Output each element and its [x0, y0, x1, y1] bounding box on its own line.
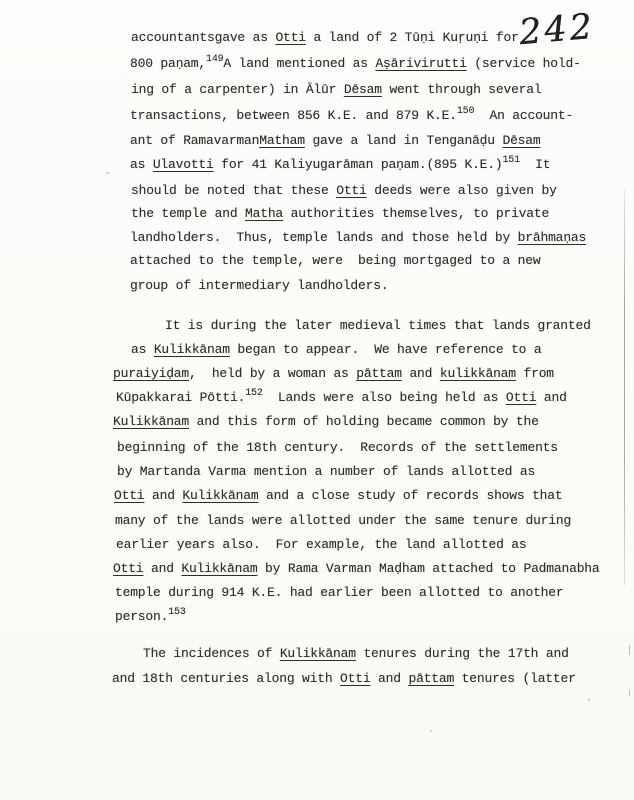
- underlined-term: Dēsam: [502, 133, 540, 148]
- scan-edge-mark: [629, 690, 630, 696]
- text-segment: and this form of holding became common b…: [189, 414, 539, 429]
- text-segment: A land mentioned as: [223, 56, 375, 71]
- text-segment: a land of 2 Tūṇi Kuṛuṇi for: [306, 30, 519, 45]
- underlined-term: Otti: [336, 183, 366, 198]
- text-line: as Ulavotti for 41 Kaliyugarāman paṇam.(…: [130, 157, 550, 174]
- text-segment: ing of a carpenter) in Ālūr: [131, 82, 344, 97]
- text-segment: and a close study of records shows that: [258, 488, 562, 503]
- text-segment: as: [130, 157, 153, 172]
- underlined-term: kulikkānam: [440, 366, 516, 381]
- text-segment: tenures (latter: [454, 671, 576, 686]
- text-segment: and: [143, 561, 181, 576]
- text-line: Kulikkānam and this form of holding beca…: [113, 414, 539, 429]
- text-segment: and: [144, 488, 182, 503]
- text-line: many of the lands were allotted under th…: [115, 513, 571, 528]
- text-line: 800 paṇam,149A land mentioned as Aṣārivi…: [130, 56, 581, 73]
- underlined-term: Kulikkānam: [154, 342, 230, 357]
- scan-edge-artifact: [624, 190, 625, 585]
- text-line: earlier years also. For example, the lan…: [116, 537, 526, 552]
- underlined-term: Matham: [259, 133, 305, 148]
- text-segment: earlier years also. For example, the lan…: [116, 537, 526, 552]
- text-segment: group of intermediary landholders.: [130, 278, 388, 293]
- text-line: as Kulikkānam began to appear. We have r…: [131, 342, 541, 357]
- text-line: the temple and Matha authorities themsel…: [131, 206, 549, 221]
- text-segment: authorities themselves, to private: [283, 206, 549, 221]
- underlined-term: Otti: [275, 30, 305, 45]
- text-line: temple during 914 K.E. had earlier been …: [115, 585, 563, 600]
- text-line: by Martanda Varma mention a number of la…: [117, 464, 535, 479]
- underlined-term: pāttam: [408, 671, 454, 686]
- underlined-term: puraiyiḍam: [113, 366, 189, 381]
- text-line: Otti and Kulikkānam by Rama Varman Maḍha…: [113, 561, 600, 576]
- text-line: It is during the later medieval times th…: [165, 318, 591, 333]
- text-line: and 18th centuries along with Otti and p…: [112, 671, 576, 686]
- footnote-reference: 150: [457, 104, 474, 119]
- text-segment: by Rama Varman Maḍham attached to Padman…: [257, 561, 599, 576]
- text-segment: 800 paṇam,: [130, 56, 206, 71]
- text-segment: beginning of the 18th century. Records o…: [117, 440, 558, 455]
- text-segment: and: [402, 366, 440, 381]
- scan-speck: [430, 730, 432, 732]
- text-segment: , held by a woman as: [189, 366, 356, 381]
- scan-speck: [106, 172, 109, 174]
- text-segment: landholders. Thus, temple lands and thos…: [130, 230, 518, 245]
- document-page: 242 accountantsgave as Otti a land of 2 …: [0, 0, 634, 800]
- text-segment: ant of Ramavarman: [130, 133, 259, 148]
- underlined-term: Dēsam: [344, 82, 382, 97]
- text-line: transactions, between 856 K.E. and 879 K…: [130, 108, 573, 125]
- text-segment: and: [536, 390, 566, 405]
- underlined-term: Kulikkānam: [280, 646, 356, 661]
- text-line: ant of RamavarmanMatham gave a land in T…: [130, 133, 541, 148]
- text-segment: tenures during the 17th and: [356, 646, 569, 661]
- footnote-reference: 149: [206, 52, 223, 67]
- text-segment: by Martanda Varma mention a number of la…: [117, 464, 535, 479]
- text-segment: An account-: [474, 108, 573, 123]
- underlined-term: Kulikkānam: [182, 488, 258, 503]
- text-segment: for 41 Kaliyugarāman paṇam.(895 K.E.): [214, 157, 503, 172]
- text-segment: went through several: [382, 82, 542, 97]
- text-line: attached to the temple, were being mortg…: [130, 253, 540, 268]
- underlined-term: Kulikkānam: [181, 561, 257, 576]
- text-segment: gave a land in Tenganāḍu: [305, 133, 503, 148]
- underlined-term: Ulavotti: [153, 157, 214, 172]
- text-segment: (service hold-: [467, 56, 581, 71]
- underlined-term: Otti: [506, 390, 536, 405]
- underlined-term: brāhmaṇas: [518, 230, 586, 245]
- text-segment: transactions, between 856 K.E. and 879 K…: [130, 108, 457, 123]
- underlined-term: Kulikkānam: [113, 414, 189, 429]
- text-segment: and 18th centuries along with: [112, 671, 340, 686]
- text-segment: Kūpakkarai Pōtti.: [116, 390, 245, 405]
- scan-speck: [588, 698, 590, 701]
- text-line: ing of a carpenter) in Ālūr Dēsam went t…: [131, 82, 542, 97]
- underlined-term: Otti: [113, 561, 143, 576]
- page-number-handwritten: 242: [517, 7, 596, 53]
- text-line: The incidences of Kulikkānam tenures dur…: [143, 646, 569, 661]
- text-segment: Lands were also being held as: [263, 390, 506, 405]
- text-segment: began to appear. We have reference to a: [230, 342, 542, 357]
- text-segment: temple during 914 K.E. had earlier been …: [115, 585, 563, 600]
- text-segment: should be noted that these: [131, 183, 336, 198]
- footnote-reference: 151: [502, 153, 519, 168]
- underlined-term: Aṣārivirutti: [375, 56, 466, 71]
- text-segment: It is during the later medieval times th…: [165, 318, 591, 333]
- underlined-term: Otti: [340, 671, 370, 686]
- footnote-reference: 153: [168, 605, 185, 620]
- scan-edge-mark: [629, 645, 630, 655]
- text-line: puraiyiḍam, held by a woman as pāttam an…: [113, 366, 554, 381]
- footnote-reference: 152: [245, 386, 262, 401]
- underlined-term: Matha: [245, 206, 283, 221]
- text-segment: the temple and: [131, 206, 245, 221]
- underlined-term: pāttam: [356, 366, 402, 381]
- text-line: Kūpakkarai Pōtti.152 Lands were also bei…: [116, 390, 567, 407]
- text-line: Otti and Kulikkānam and a close study of…: [114, 488, 563, 503]
- text-line: landholders. Thus, temple lands and thos…: [130, 230, 586, 245]
- text-segment: deeds were also given by: [367, 183, 557, 198]
- text-segment: attached to the temple, were being mortg…: [130, 253, 540, 268]
- text-line: should be noted that these Otti deeds we…: [131, 183, 557, 198]
- text-line: person.153: [115, 609, 186, 626]
- text-segment: It: [520, 157, 550, 172]
- text-segment: accountantsgave as: [131, 30, 275, 45]
- text-segment: many of the lands were allotted under th…: [115, 513, 571, 528]
- text-segment: person.: [115, 609, 168, 624]
- text-segment: from: [516, 366, 554, 381]
- text-line: group of intermediary landholders.: [130, 278, 388, 293]
- underlined-term: Otti: [114, 488, 144, 503]
- text-line: beginning of the 18th century. Records o…: [117, 440, 558, 455]
- text-segment: and: [370, 671, 408, 686]
- text-line: accountantsgave as Otti a land of 2 Tūṇi…: [131, 30, 519, 45]
- text-segment: as: [131, 342, 154, 357]
- text-segment: The incidences of: [143, 646, 280, 661]
